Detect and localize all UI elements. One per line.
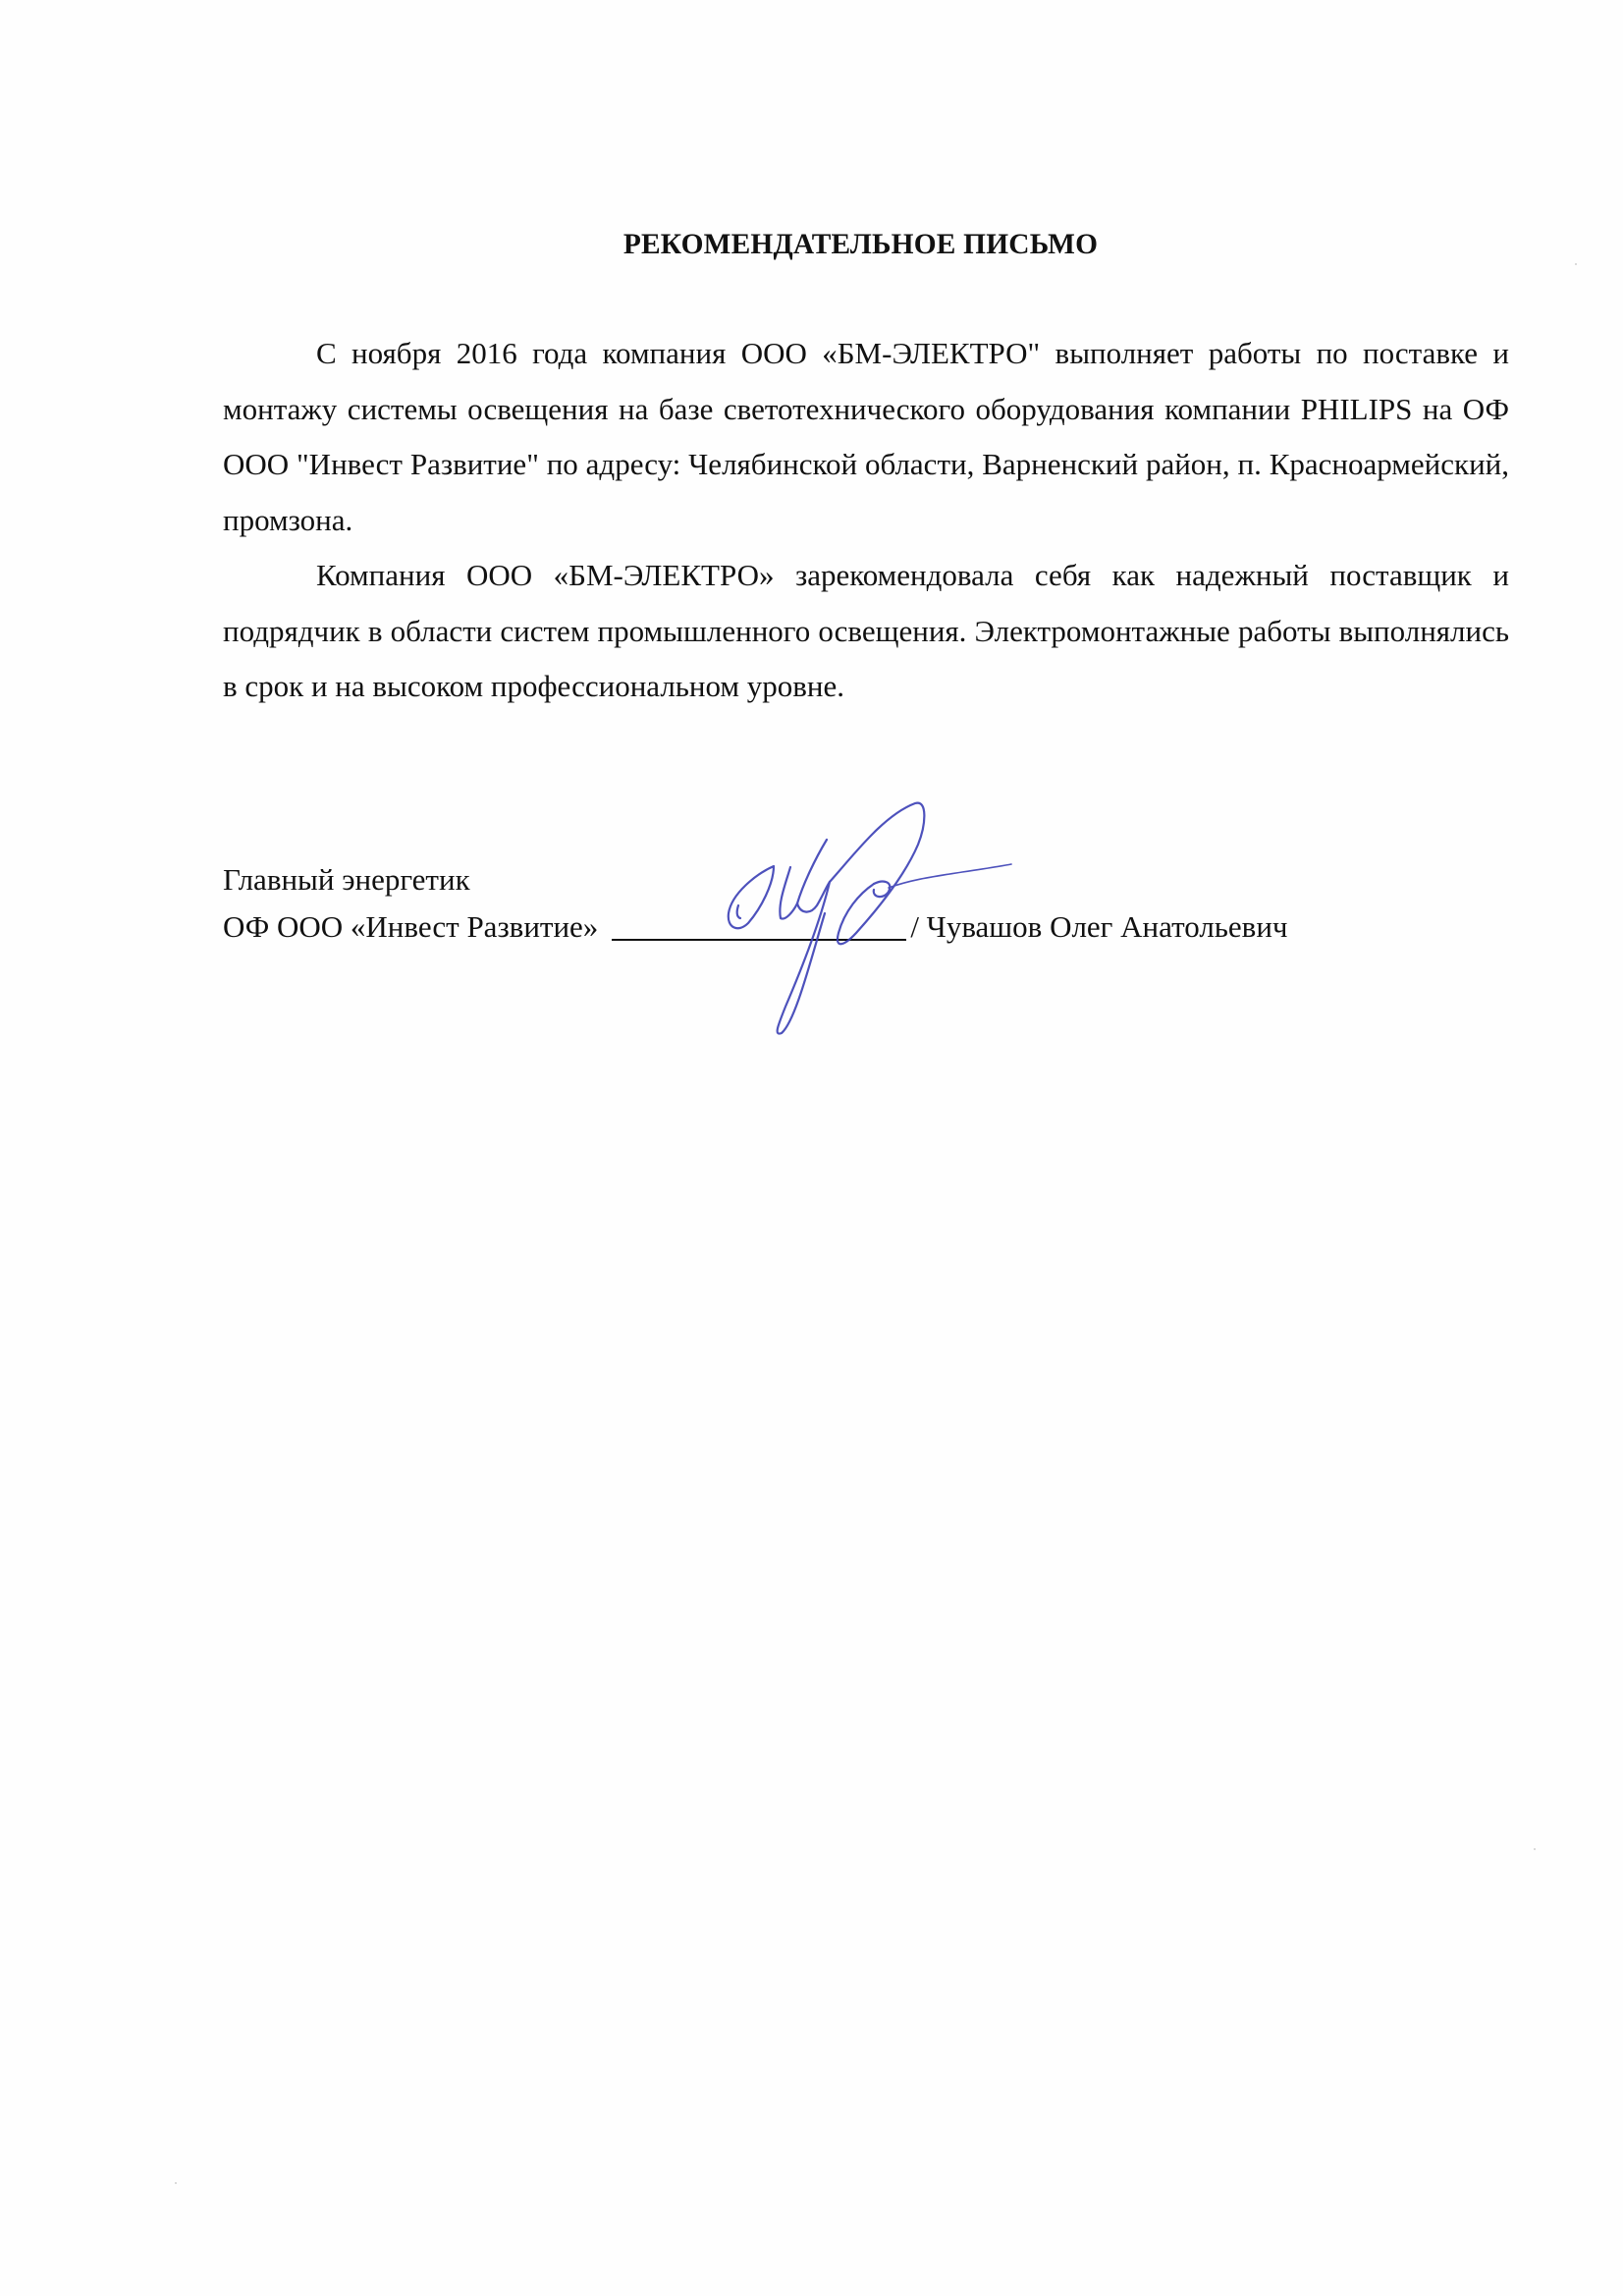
scan-speck (1534, 1848, 1536, 1850)
scan-speck (175, 2182, 177, 2184)
letter-page: РЕКОМЕНДАТЕЛЬНОЕ ПИСЬМО С ноября 2016 го… (0, 0, 1623, 2296)
paragraph-2: Компания ООО «БМ-ЭЛЕКТРО» зарекомендовал… (223, 548, 1509, 715)
handwritten-signature (687, 786, 1041, 1061)
paragraph-1: С ноября 2016 года компания ООО «БМ-ЭЛЕК… (223, 326, 1509, 548)
scan-speck (1575, 263, 1577, 265)
signatory-organization: ОФ ООО «Инвест Развитие» (223, 903, 598, 951)
letter-body: С ноября 2016 года компания ООО «БМ-ЭЛЕК… (223, 326, 1509, 715)
letter-title: РЕКОМЕНДАТЕЛЬНОЕ ПИСЬМО (18, 228, 1623, 261)
